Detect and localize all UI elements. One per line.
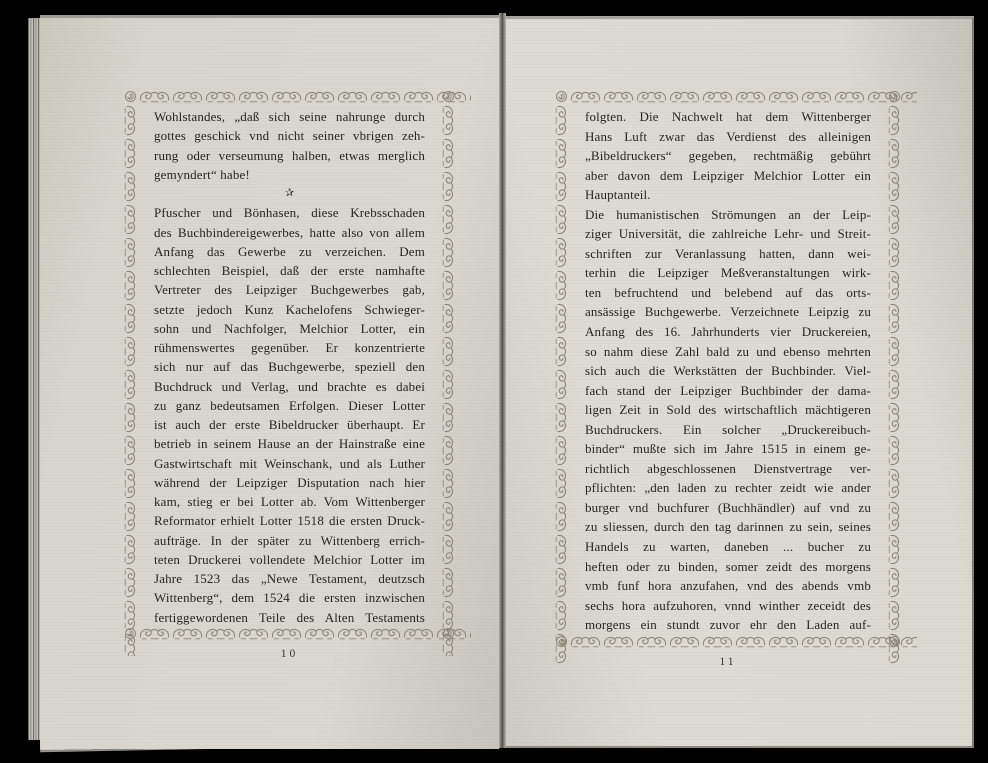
text-line: sich nur auf das Buchgewerbe, speziell d… (154, 357, 425, 376)
text-line: sohn und Nachfolger, Melchior Lotter, ei… (154, 319, 425, 338)
book-gutter (499, 13, 506, 748)
text-line: morgens ein stundt zuvor ehr den Laden a… (585, 615, 871, 635)
corner-rosette-icon (554, 89, 569, 104)
text-line: ten befruchtend und belebend auf das ort… (585, 283, 871, 303)
text-line: Die humanistischen Strömungen an der Lei… (585, 205, 871, 225)
text-line: Jahre 1523 das „Newe Testament, deutzsch (154, 569, 425, 588)
text-line: rung oder verseumung halben, etwas mergl… (154, 146, 425, 165)
corner-rosette-icon (887, 89, 902, 104)
corner-rosette-icon (554, 634, 569, 649)
text-line: gemyndert“ habe! (154, 165, 425, 184)
text-line: fach stand der Leipziger Buchbinder der … (585, 381, 871, 401)
corner-rosette-icon (441, 89, 456, 104)
ornamental-border-right: folgten. Die Nachwelt hat dem Wittenberg… (554, 89, 902, 649)
page-number-right: 11 (554, 656, 902, 668)
text-line: binder“ mußte sich im Jahre 1515 in eine… (585, 439, 871, 459)
text-line: rühmenswertes gegenüber. Er konzentriert… (154, 338, 425, 357)
border-pattern-left (123, 104, 138, 656)
text-line: des Buchbindereigewerbes, hatte also von… (154, 223, 425, 242)
border-pattern-right (887, 104, 902, 664)
text-line: Wohlstandes, „daß sich seine nahrunge du… (154, 107, 425, 126)
text-line: fertiggewordenen Teile des Alten Testame… (154, 608, 425, 627)
text-line: Hans Luft zwar das Verdienst des alleini… (585, 127, 871, 147)
text-line: aufträge. In der später zu Wittenberg er… (154, 531, 425, 550)
text-line: ✰ (154, 184, 425, 203)
ornamental-border-left: Wohlstandes, „daß sich seine nahrunge du… (123, 89, 456, 641)
border-pattern-right (441, 104, 456, 656)
text-line: Anfang des 16. Jahrhunderts vier Drucker… (585, 322, 871, 342)
text-line: ist auch der erste Bibeldrucker überhaup… (154, 415, 425, 434)
corner-rosette-icon (123, 89, 138, 104)
text-line: betrieb in seinem Hause an der Hainstraß… (154, 434, 425, 453)
text-line: setzte jedoch Kunz Kachelofens Schwieger… (154, 300, 425, 319)
page-10-text: Wohlstandes, „daß sich seine nahrunge du… (138, 104, 441, 626)
text-line: burger vnd buchfurer (Buchhändler) auf v… (585, 498, 871, 518)
text-line: pflichten: „den laden zu rechter zeidt w… (585, 478, 871, 498)
text-line: vmb funf hora anzufahen, vnd des abends … (585, 576, 871, 596)
corner-rosette-icon (441, 626, 456, 641)
text-line: gottes geschick vnd nicht seiner vbrigen… (154, 126, 425, 145)
corner-rosette-icon (887, 634, 902, 649)
page-11-text: folgten. Die Nachwelt hat dem Wittenberg… (569, 104, 887, 634)
text-line: Buchdruckers. Ein solcher „Druckereibuch… (585, 420, 871, 440)
text-line: schriften zur Veranlassung hatten, dann … (585, 244, 871, 264)
text-line: teten Druckerei vollendete Melchior Lott… (154, 550, 425, 569)
text-line: terhin die Leipziger Meßveranstaltungen … (585, 263, 871, 283)
text-line: Anfang das Gewerbe zu verzeichen. Dem (154, 242, 425, 261)
text-line: sich auch die Werkstätten der Buchbinder… (585, 361, 871, 381)
text-line: so nahm diese Zahl bald zu und ebenso me… (585, 342, 871, 362)
text-line: Buchdruck und Verlag, und brachte es dab… (154, 377, 425, 396)
border-pattern-top (569, 89, 917, 104)
text-line: Hauptanteil. (585, 185, 871, 205)
page-number-left: 10 (123, 648, 456, 660)
border-pattern-top (138, 89, 471, 104)
text-line: heften oder zu binden, somer zeidt des m… (585, 557, 871, 577)
text-line: Pfuscher und Bönhasen, diese Krebsschade… (154, 203, 425, 222)
text-line: zu ganz bedeutsamen Erfolgen. Dieser Lot… (154, 396, 425, 415)
corner-rosette-icon (123, 626, 138, 641)
text-line: Reformator erhielt Lotter 1518 die erste… (154, 511, 425, 530)
text-line: während der Leipziger Disputation nach h… (154, 473, 425, 492)
text-line: richtlich abgeschlossenen Dienstvertrage… (585, 459, 871, 479)
text-line: ansässige Buchgewerbe. Verzeichnete Leip… (585, 302, 871, 322)
text-line: zu sliessen, durch den tag darinnen zu s… (585, 517, 871, 537)
photo-background: Wohlstandes, „daß sich seine nahrunge du… (0, 0, 988, 763)
text-line: kam, stieg er bei Lotter ab. Vom Wittenb… (154, 492, 425, 511)
text-line: aber davon dem Leipziger Melchior Lotter… (585, 166, 871, 186)
page-right: folgten. Die Nachwelt hat dem Wittenberg… (506, 16, 974, 748)
text-line: ziger Universität, die zahlreiche Lehr- … (585, 224, 871, 244)
book-spread: Wohlstandes, „daß sich seine nahrunge du… (28, 13, 972, 748)
text-line: schlechten Beispiel, daß der erste namha… (154, 261, 425, 280)
text-line: Handels zu warten, daneben ... bucher zu (585, 537, 871, 557)
text-line: Vertreter des Leipziger Buchgewerbes gab… (154, 280, 425, 299)
text-line: folgten. Die Nachwelt hat dem Wittenberg… (585, 107, 871, 127)
text-line: „Bibeldruckers“ gegeben, rechtmäßig gebü… (585, 146, 871, 166)
text-line: sechs hora aufzuhoren, vnnd winther zece… (585, 596, 871, 616)
text-line: Wittenberg“, dem 1524 die ersten inzwisc… (154, 588, 425, 607)
border-pattern-bottom (138, 626, 471, 641)
border-pattern-left (554, 104, 569, 664)
text-line: ligen Zeit in Sold des wirtschaftlich mä… (585, 400, 871, 420)
text-line: Gastwirtschaft mit Weinschank, und als L… (154, 454, 425, 473)
border-pattern-bottom (569, 634, 917, 649)
page-left: Wohlstandes, „daß sich seine nahrunge du… (40, 15, 499, 749)
